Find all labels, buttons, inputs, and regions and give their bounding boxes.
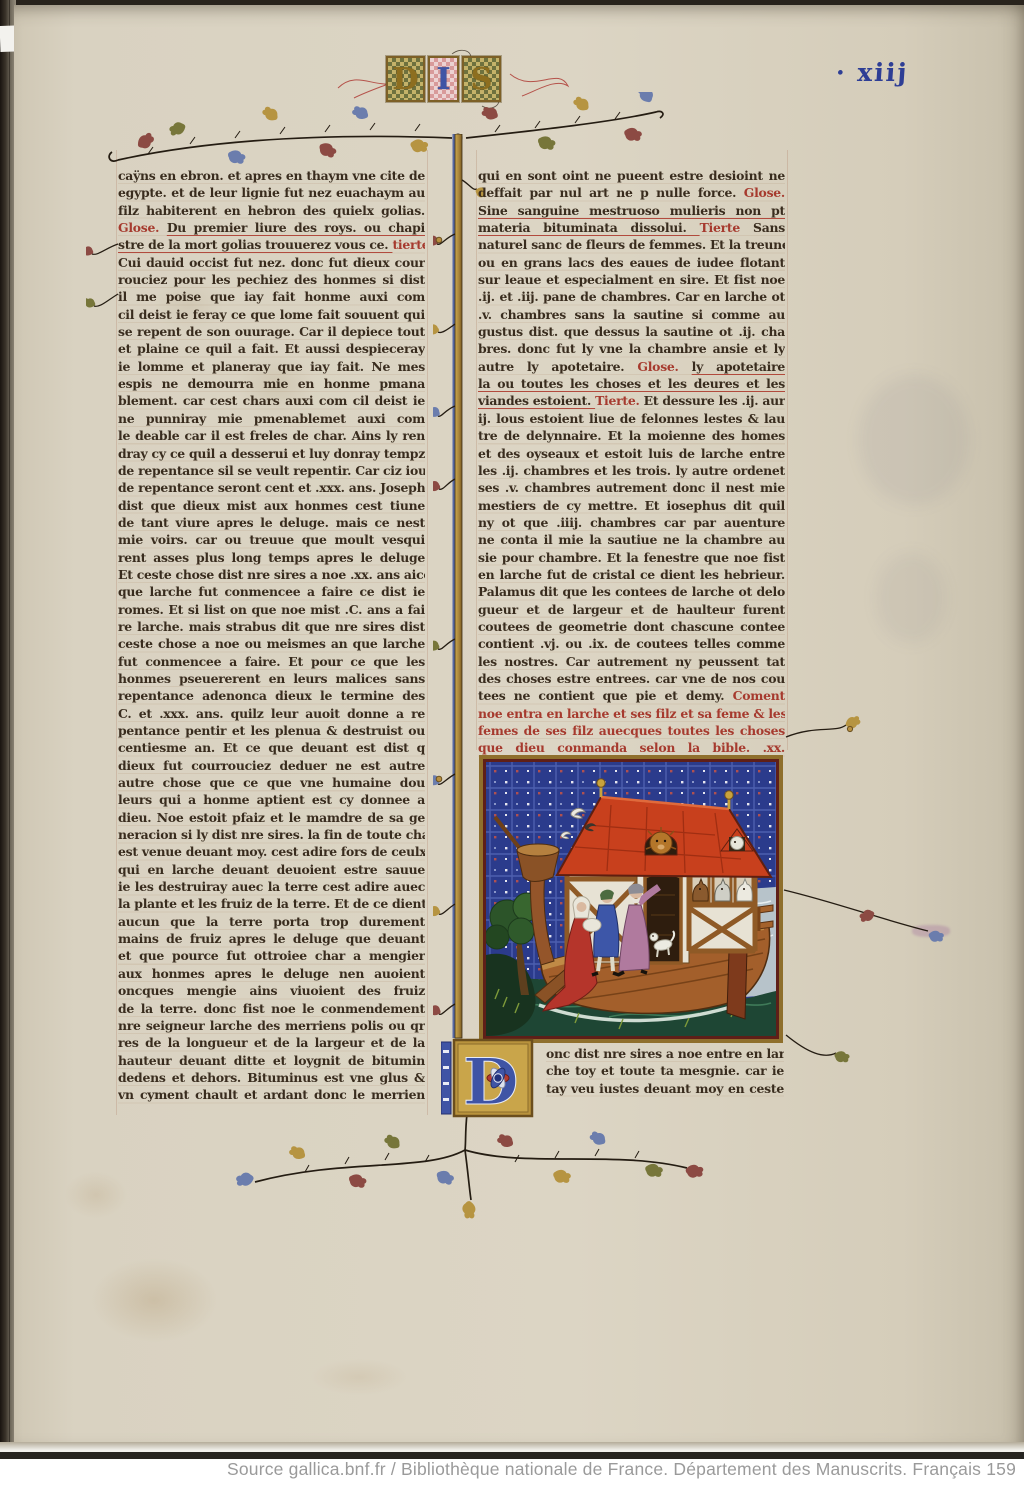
text-line: C. et .xxx. ans. quilz leur auoit donne … [118, 706, 425, 723]
text-line: ses .v. chambres autrement donc il nest … [478, 480, 785, 497]
text-line: le deable car il est freles de char. Ain… [118, 428, 425, 445]
text-line: egypte. et de leur lignie fut nez euacha… [118, 185, 425, 202]
text-line: ou en grans lacs des eaues de iudee flot… [478, 255, 785, 272]
text-line: dray cy ce quil a desserui et luy donray… [118, 446, 425, 463]
text-line: dist que dieux mist aux honmes cest tiun… [118, 498, 425, 515]
text-line: repentance adenonca dieux le termine des [118, 688, 425, 705]
text-line: fut conmencee a faire. Et pour ce que le… [118, 654, 425, 671]
text-line: de la terre. donc fist noe le conmendeme… [118, 1001, 425, 1018]
text-line: neracion si ly dist nre sires. la fin de… [118, 827, 425, 844]
ruling-line [427, 150, 428, 1115]
text-line: femes de ses filz auecques toutes les ch… [478, 723, 785, 740]
text-line: .v. chambres sans la sautine si comme au [478, 307, 785, 324]
text-line: gueur et de largeur et de haulteur furen… [478, 602, 785, 619]
text-line: que larche fut conmencee a faire ce dist… [118, 584, 425, 601]
text-line: re larche. mais strabus dit que nre sire… [118, 619, 425, 636]
text-line: hauteur deuant ditte et loygnit de bitum… [118, 1053, 425, 1070]
text-line: leurs qui a honme aptient est cy donnee … [118, 792, 425, 809]
text-line: ny ot que .iiij. chambres car par auentu… [478, 515, 785, 532]
gold-besant [436, 776, 442, 782]
text-line: sur leaue et especialment en sire. Et fi… [478, 272, 785, 289]
text-line: Sine sanguine mestruoso mulieris non pt [478, 203, 785, 220]
text-line: Palamus dit que les contees de larche ot… [478, 584, 785, 601]
top-vine-border [100, 92, 680, 176]
text-line: ie les destruiray auec la terre cest adi… [118, 879, 425, 896]
text-line: ie lomme et planeray que iay fait. Ne me… [118, 359, 425, 376]
decorated-initial: D [441, 1038, 535, 1118]
left-text-column: caÿns en ebron. et apres en thaym vne ci… [118, 168, 425, 1105]
text-line: dedens et dehors. Bituminus est vne glus… [118, 1070, 425, 1087]
folio-number: · xiij [835, 58, 967, 87]
text-line: centiesme an. Et ce que deuant est dist … [118, 740, 425, 757]
text-line: caÿns en ebron. et apres en thaym vne ci… [118, 168, 425, 185]
text-line: mains de fruiz apres le deluge que deuan… [118, 931, 425, 948]
text-line: pentance pentir et les plenua & destruis… [118, 723, 425, 740]
text-line: ceste chose a noe ou meismes an que larc… [118, 636, 425, 653]
text-line: noe entra en larche et ses filz et sa fe… [478, 706, 785, 723]
text-line: tees ne contient que pie et demy. Coment [478, 688, 785, 705]
text-line: materia bituminata dissolui. Tierte Sans [478, 220, 785, 237]
gold-besant [436, 237, 442, 243]
text-line: viandes estoient. Tierte. Et dessure les… [478, 393, 785, 410]
bar-gold [455, 134, 462, 1038]
text-line: se repent de son ouurage. Car il depiece… [118, 324, 425, 341]
ruling-line [787, 150, 788, 750]
text-line: ne punniray mie pmenablemet auxi com [118, 411, 425, 428]
text-line: stre de la mort golias trouuerez vous ce… [118, 237, 425, 254]
source-attribution: Source gallica.bnf.fr / Bibliothèque nat… [227, 1459, 1016, 1491]
text-line: onc dist nre sires a noe entre en lar [546, 1046, 784, 1063]
rudder [727, 949, 747, 1019]
text-line: gustus dist. que dessus la sautine ot .i… [478, 324, 785, 341]
text-line: vn cyment chault et ardant donc le merri… [118, 1087, 425, 1104]
ink-bleedthrough [859, 375, 969, 505]
text-line: qui en sont oint ne pueent estre desioin… [478, 168, 785, 185]
text-line: Glose. Du premier liure des roys. ou cha… [118, 220, 425, 237]
text-line: contient .vj. ou .ix. de coutees telles … [478, 636, 785, 653]
text-line: che toy et toute ta mesgnie. car ie [546, 1063, 784, 1080]
noahs-ark-miniature [479, 755, 783, 1043]
text-line: de repentance sil se veult repentir. Car… [118, 463, 425, 480]
text-line: honmes pseuererent en leurs malices sans [118, 671, 425, 688]
text-line: de repentance seront cent et .xxx. ans. … [118, 480, 425, 497]
text-line: et plaine ce quil a fait. Et aussi despi… [118, 341, 425, 358]
ink-bleedthrough [876, 553, 946, 643]
text-line: la ou toutes les choses et les deures et… [478, 376, 785, 393]
text-line: mie voirs. car ou treuue que moult vesqu… [118, 532, 425, 549]
text-line: ne conta il mie la sautiue ne la chambre… [478, 532, 785, 549]
lamb-bundle [583, 919, 601, 932]
text-line: il me poise que iay fait honme auxi com [118, 289, 425, 306]
text-line: tre de delynnaire. Et la moienne des hom… [478, 428, 785, 445]
right-text-column: qui en sont oint ne pueent estre desioin… [478, 168, 785, 758]
text-line: nre seigneur larche des merriens polis o… [118, 1018, 425, 1035]
text-line: est venue deuant moy. cest adire fors de… [118, 844, 425, 861]
text-line: .ij. et .iij. pane de chambres. Car en l… [478, 289, 785, 306]
right-margin-vine [780, 705, 980, 1075]
text-line: res de la longueur et de la largeur et d… [118, 1035, 425, 1052]
text-line: dieu. Noe estoit pfaiz et le mamdre de s… [118, 810, 425, 827]
text-line: qui en larche deuant deuoient estre sauu… [118, 862, 425, 879]
text-line: les nostres. Car autrement ny peussent t… [478, 654, 785, 671]
text-line: en larche fut de cristal ce dient les he… [478, 567, 785, 584]
text-line: aux honmes apres le deluge nen auoient [118, 966, 425, 983]
text-line: de tant viure apres le deluge. mais ce n… [118, 515, 425, 532]
text-line: la plante et les fruiz de la terre. Et d… [118, 896, 425, 913]
text-line: aucun que la terre porta trop durement [118, 914, 425, 931]
text-line: oncques mengie ains viuoient des fruiz [118, 983, 425, 1000]
text-line: les .ij. chambres et les trois. ly autre… [478, 463, 785, 480]
text-line: et que pource fut ottroiee char a mengie… [118, 948, 425, 965]
text-line: des choses estre entrees. car vne de nos… [478, 671, 785, 688]
text-line: autre chose que ce que vne humaine dou [118, 775, 425, 792]
text-line: naturel sanc de fleurs de femmes. Et la … [478, 237, 785, 254]
text-line: Cui dauid occist fut nez. donc fut dieux… [118, 255, 425, 272]
text-line: tay veu iustes deuant moy en ceste [546, 1081, 784, 1098]
ivy-leaves [235, 1129, 704, 1219]
text-line: rent asses plus long temps apres le delu… [118, 550, 425, 567]
text-line: ij. lous estoient liue de felonnes leste… [478, 411, 785, 428]
text-line: dieux fut courrouciez deduer ne est autr… [118, 758, 425, 775]
text-line: filz habiterent en hebron des quielx gol… [118, 203, 425, 220]
text-line: cil deist ie feray ce que lome fait souu… [118, 307, 425, 324]
text-line: espis ne demourra mie en honme pmana [118, 376, 425, 393]
text-line: blement. car cest chars auxi com cil dei… [118, 393, 425, 410]
text-line: autre ly apotetaire. Glose. ly apotetair… [478, 359, 785, 376]
animal-windows [691, 876, 753, 903]
right-column-after-miniature: onc dist nre sires a noe entre en larche… [546, 1046, 784, 1098]
text-line: sie pour chambre. Et la fenestre que noe… [478, 550, 785, 567]
text-line: bres. donc fut ly vne la chambre ansie e… [478, 341, 785, 358]
text-line: romes. Et si list on que noe mist .C. an… [118, 602, 425, 619]
manuscript-photo: · xiij D I S [0, 0, 1024, 1491]
text-line: coutees de geometrie dont chascune conte… [478, 619, 785, 636]
photo-edge-strip [0, 1452, 1024, 1459]
gallica-footer: Source gallica.bnf.fr / Bibliothèque nat… [0, 1459, 1024, 1491]
text-line: mestiers de cy mettre. Et iosephus dit q… [478, 498, 785, 515]
text-line: Et ceste chose dist nre sires a noe .xx.… [118, 567, 425, 584]
text-line: rouciez pour les pechiez des honmes si d… [118, 272, 425, 289]
text-line: deffait par nul art ne p nulle force. Gl… [478, 185, 785, 202]
ivy-leaves [135, 92, 656, 167]
left-margin-sprigs [86, 232, 122, 324]
text-line: et des oyseaux et estoit luis de larche … [478, 446, 785, 463]
